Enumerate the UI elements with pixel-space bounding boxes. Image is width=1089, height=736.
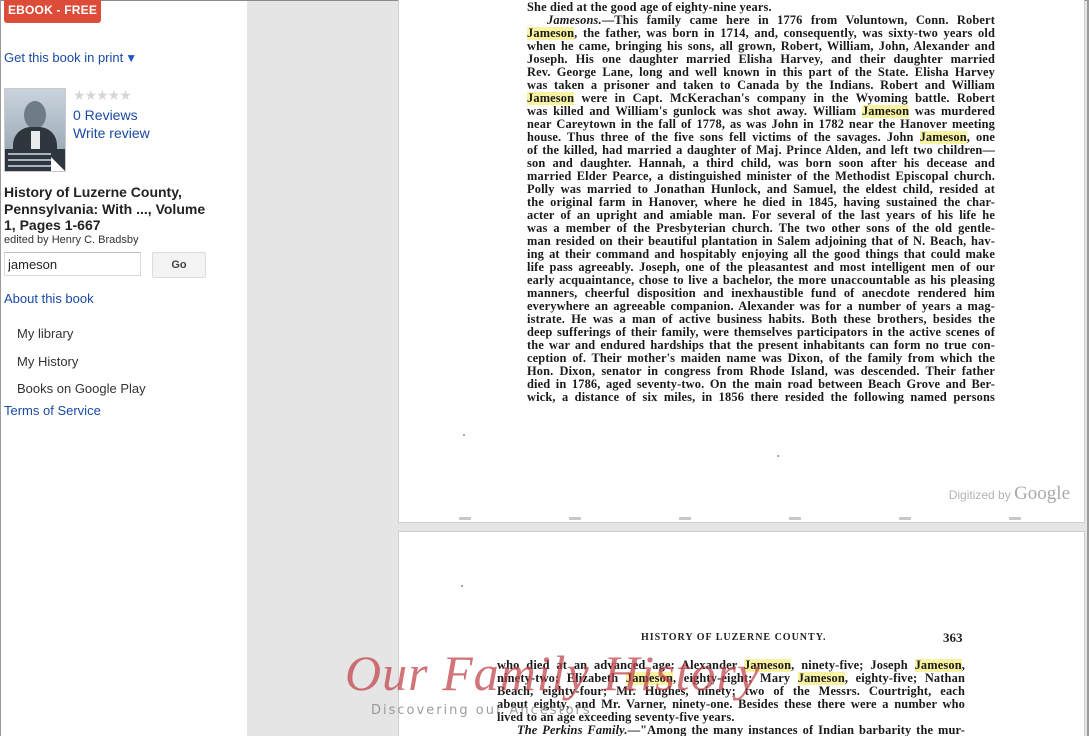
dropdown-arrow-icon: ▼ bbox=[125, 51, 137, 65]
text-line: house. Thus three of the five sons fell … bbox=[527, 131, 995, 144]
text-line: manners, cheerful disposition and inexha… bbox=[527, 287, 995, 300]
about-this-book-link[interactable]: About this book bbox=[4, 291, 94, 306]
window-left-border bbox=[0, 0, 1, 736]
text-line: ception of. Their mother's maiden name w… bbox=[527, 352, 995, 365]
text-line: The Perkins Family.—"Among the many inst… bbox=[497, 724, 965, 736]
search-go-button[interactable]: Go bbox=[152, 252, 206, 278]
page-curl-icon bbox=[51, 157, 65, 171]
scan-speck bbox=[777, 455, 779, 457]
viewer-background bbox=[247, 1, 399, 736]
text-line: the original farm in Hanover, where he d… bbox=[527, 196, 995, 209]
text-line: man resided on their beautiful plantatio… bbox=[527, 235, 995, 248]
search-in-book-input[interactable] bbox=[4, 252, 141, 276]
text-line: deep sufferings of their family, were th… bbox=[527, 326, 995, 339]
google-logo: Google bbox=[1014, 483, 1070, 504]
book-page-363[interactable]: HISTORY OF LUZERNE COUNTY. 363 who died … bbox=[398, 531, 1085, 736]
write-review-link[interactable]: Write review bbox=[73, 125, 150, 141]
search-highlight: Jameson bbox=[527, 92, 574, 105]
page-text: She died at the good age of eighty-nine … bbox=[527, 1, 995, 404]
text-line: died in 1786, aged seventy-two. On the m… bbox=[527, 378, 995, 391]
text-line: ninety-two; Elizabeth Jameson, eighty-ei… bbox=[497, 672, 965, 685]
text-line: She died at the good age of eighty-nine … bbox=[527, 1, 995, 14]
rating-stars-icon[interactable]: ★★★★★ bbox=[73, 87, 131, 104]
text-line: Rev. George Lane, long and well known in… bbox=[527, 66, 995, 79]
text-line: Joseph. His one daughter married Elisha … bbox=[527, 53, 995, 66]
text-line: acter of an upright and amiable man. For… bbox=[527, 209, 995, 222]
search-highlight: Jameson bbox=[920, 131, 967, 144]
ebook-free-button[interactable]: EBOOK - FREE bbox=[4, 0, 101, 23]
search-highlight: Jameson bbox=[862, 105, 909, 118]
book-title: History of Luzerne County, Pennsylvania:… bbox=[4, 184, 219, 234]
text-line: son and daughter. Hannah, a third child,… bbox=[527, 157, 995, 170]
page-text: who died at an advanced age: Alexander J… bbox=[497, 659, 965, 736]
text-line: Jamesons.—This family came here in 1776 … bbox=[527, 14, 995, 27]
nav-books-on-google-play[interactable]: Books on Google Play bbox=[17, 381, 146, 396]
text-line: life pass agreeably. Joseph, one of the … bbox=[527, 261, 995, 274]
text-line: lived to an age exceeding seventy-five y… bbox=[497, 711, 965, 724]
book-page-362[interactable]: She died at the good age of eighty-nine … bbox=[398, 0, 1085, 523]
get-book-in-print-link[interactable]: Get this book in print▼ bbox=[4, 50, 137, 65]
print-link-label: Get this book in print bbox=[4, 50, 123, 65]
text-line: who died at an advanced age: Alexander J… bbox=[497, 659, 965, 672]
page-number: 363 bbox=[943, 630, 963, 646]
text-line: of the killed, had married a daughter of… bbox=[527, 144, 995, 157]
search-highlight: Jameson bbox=[527, 27, 574, 40]
book-editor: edited by Henry C. Bradsby bbox=[4, 234, 139, 246]
text-line: the war and endured hardships that the p… bbox=[527, 339, 995, 352]
text-line: was a member of the Presbyterian church.… bbox=[527, 222, 995, 235]
text-line: everywhere an agreeable companion. Alexa… bbox=[527, 300, 995, 313]
nav-my-history[interactable]: My History bbox=[17, 354, 78, 369]
book-cover-thumbnail[interactable] bbox=[4, 88, 66, 172]
scan-speck bbox=[463, 434, 465, 436]
text-line: Hon. Dixon, senator in congress from Rho… bbox=[527, 365, 995, 378]
reviews-link[interactable]: 0 Reviews bbox=[73, 107, 138, 123]
text-line: wick, a distance of six miles, in 1856 t… bbox=[527, 391, 995, 404]
digitized-by-google-label: Digitized by Google bbox=[949, 483, 1070, 505]
running-head: HISTORY OF LUZERNE COUNTY. bbox=[641, 632, 827, 643]
text-line: near Careytown in the fall of 1778, as w… bbox=[527, 118, 995, 131]
text-line: married Elder Pearce, a distinguished mi… bbox=[527, 170, 995, 183]
scan-edge-artifacts bbox=[409, 517, 1069, 520]
text-line: ing at their command and hospitably enjo… bbox=[527, 248, 995, 261]
nav-my-library[interactable]: My library bbox=[17, 326, 73, 341]
text-line: Polly was married to Jonathan Hunlock, a… bbox=[527, 183, 995, 196]
text-line: Jameson were in Capt. McKerachan's compa… bbox=[527, 92, 995, 105]
book-sidebar: EBOOK - FREE Get this book in print▼ ★★★… bbox=[1, 1, 247, 736]
scan-speck bbox=[461, 585, 463, 587]
text-line: early acquaintance, chose to live a bach… bbox=[527, 274, 995, 287]
text-line: Beach, eighty-four; Mr. Hughes, ninety; … bbox=[497, 685, 965, 698]
search-highlight: Jameson bbox=[744, 659, 791, 672]
search-highlight: Jameson bbox=[626, 672, 673, 685]
text-line: was killed and William's gunlock was sho… bbox=[527, 105, 995, 118]
search-highlight: Jameson bbox=[798, 672, 845, 685]
text-line: Jameson, the father, was born in 1714, a… bbox=[527, 27, 995, 40]
text-line: about eighty, and Mr. Varner, ninety-one… bbox=[497, 698, 965, 711]
text-line: istrate. He was a man of active business… bbox=[527, 313, 995, 326]
search-highlight: Jameson bbox=[915, 659, 962, 672]
terms-of-service-link[interactable]: Terms of Service bbox=[4, 403, 101, 418]
text-line: when he came, bringing his sons, all gro… bbox=[527, 40, 995, 53]
text-line: was taken a prisoner and taken to Canada… bbox=[527, 79, 995, 92]
